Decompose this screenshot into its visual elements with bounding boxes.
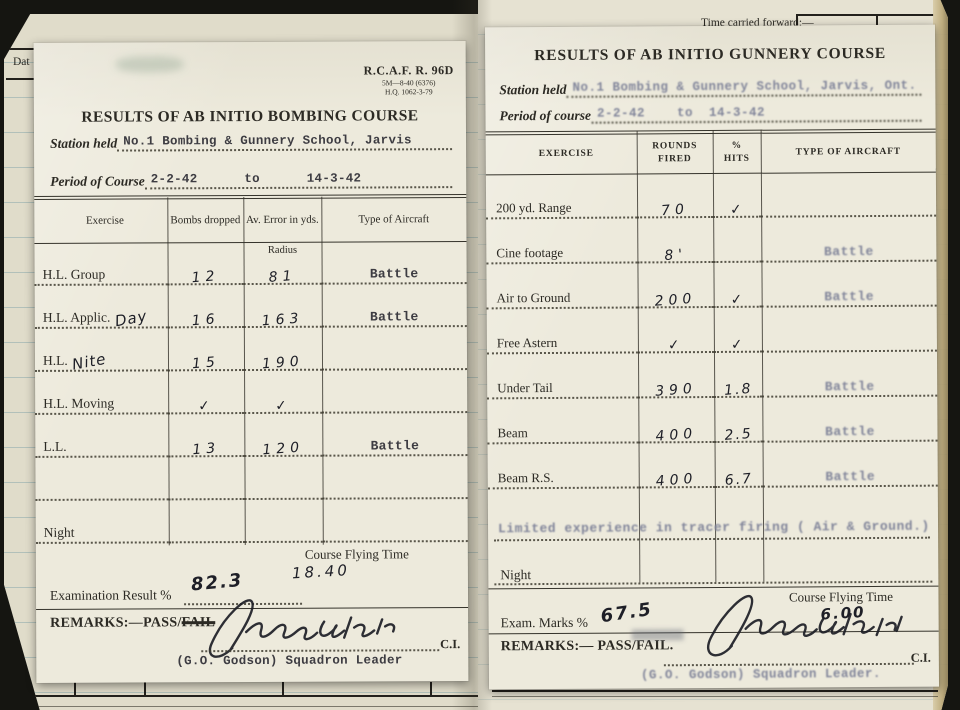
av-error-value: 81 (268, 268, 297, 286)
signatory-name: (G.O. Godson) Squadron Leader (176, 653, 402, 668)
aircraft-type-value: Battle (824, 244, 874, 259)
exercise-label: 200 yd. Range (496, 200, 572, 216)
night-label: Night (500, 567, 531, 583)
exercise-label: H.L. Applic. (43, 310, 111, 326)
bombing-table-row: L.L. 13 120 Battle (35, 413, 467, 458)
rounds-fired-value: 70 (661, 201, 690, 219)
pct-hits-value: ✓ (730, 291, 745, 308)
gunnery-table-row: Beam R.S. 400 6.7 Battle (488, 442, 938, 490)
remarks-label: REMARKS:— PASS/ (501, 638, 636, 654)
cell-aircraft: Battle (321, 241, 466, 285)
period-label: Period of Course (50, 173, 145, 189)
cell-pct-hits: ✓ (714, 308, 762, 353)
form-reference-block: R.C.A.F. R. 96D 5M—8-40 (6376) H.Q. 1062… (364, 63, 454, 96)
logbook-photo: { "palette":{ "background":"#151511", "p… (0, 0, 960, 710)
header-av-error: Av. Error in yds. (243, 200, 321, 240)
page-bottom-thin-rule (492, 696, 938, 697)
cell-bombs-dropped: 12 (167, 242, 243, 285)
table-header-row: EXERCISE ROUNDS FIRED % HITS TYPE OF AIR… (486, 132, 936, 175)
gunnery-table-row: Beam 400 2.5 Battle (487, 397, 937, 445)
cell-rounds-fired: 70 (637, 173, 713, 218)
cell-av-error (245, 500, 323, 543)
cell-aircraft (322, 327, 467, 371)
cell-pct-hits: ✓ (713, 263, 761, 308)
pct-hits-value: 6.7 (724, 471, 753, 489)
header-pct-hits: % HITS (713, 133, 761, 173)
exercise-label: Cine footage (496, 245, 563, 261)
bombing-course-form: R.C.A.F. R. 96D 5M—8-40 (6376) H.Q. 1062… (34, 41, 469, 683)
gunnery-table-body: 200 yd. Range 70 ✓ Cine footage 8' Battl… (486, 172, 938, 490)
grid-tick (144, 682, 146, 695)
station-row: Station held No.1 Bombing & Gunnery Scho… (50, 133, 452, 152)
cell-aircraft (322, 456, 467, 500)
bombs-dropped-value: 16 (191, 311, 220, 329)
cell-exercise: Free Astern (487, 308, 638, 354)
cell-exercise: Night (36, 500, 169, 544)
station-label: Station held (50, 136, 117, 152)
hq-reference: H.Q. 1062-3-79 (364, 87, 454, 96)
period-label: Period of course (499, 108, 591, 125)
exercise-label: Under Tail (497, 380, 553, 396)
cell-exercise: Air to Ground (486, 263, 637, 309)
cell-aircraft (762, 307, 937, 353)
table-header-row: Exercise Bombs dropped Av. Error in yds.… (34, 199, 466, 241)
handwritten-note: Nite (70, 350, 107, 374)
header-type-of-aircraft: Type of Aircraft (321, 199, 466, 240)
exam-marks-value: 67.5 (599, 599, 654, 627)
ink-showthrough (116, 56, 184, 72)
header-exercise: EXERCISE (486, 133, 637, 174)
print-run: 5M—8-40 (6376) (364, 78, 454, 87)
cell-exercise: Beam (487, 398, 638, 444)
exercise-label: H.L. Group (43, 267, 106, 283)
cell-aircraft: Battle (762, 397, 937, 443)
rounds-fired-value: 200 (654, 291, 697, 310)
exercise-label: Beam (497, 425, 527, 441)
exam-result-label: Examination Result % (50, 587, 172, 604)
form-number: R.C.A.F. R. 96D (364, 63, 454, 78)
gunnery-table-row: Air to Ground 200 ✓ Battle (486, 262, 936, 310)
cell-aircraft (761, 172, 936, 218)
course-flying-time-label: Course Flying Time (246, 546, 468, 563)
cell-exercise: Beam R.S. (488, 443, 639, 489)
ci-label: C.I. (911, 651, 931, 666)
cell-rounds-fired: ✓ (638, 308, 714, 353)
signatory-name: (G.O. Godson) Squadron Leader. (641, 667, 881, 682)
av-error-value: ✓ (274, 397, 292, 414)
note-dotted-line (494, 537, 930, 542)
rounds-fired-value: 400 (655, 471, 698, 490)
bombs-dropped-value: 15 (192, 354, 221, 372)
cell-pct-hits: 1.8 (714, 353, 762, 398)
aircraft-type-value: Battle (371, 438, 420, 453)
header-rounds-fired: ROUNDS FIRED (637, 133, 713, 173)
aircraft-type-value: Battle (825, 424, 875, 439)
date-column-header: Dat (13, 56, 30, 68)
cell-exercise: L.L. (35, 414, 168, 458)
bombing-table-row: H.L. Group 12 81 Battle (34, 241, 466, 286)
gunnery-course-form: RESULTS OF AB INITIO GUNNERY COURSE Stat… (485, 25, 939, 690)
cell-rounds-fired: 200 (637, 263, 713, 308)
grid-tick (282, 682, 284, 695)
cell-av-error: 163 (244, 285, 322, 328)
cell-aircraft (323, 499, 468, 543)
cell-aircraft (322, 370, 467, 414)
period-row: Period of Course 2-2-42 to 14-3-42 (50, 171, 452, 190)
rounds-fired-value: 390 (655, 381, 698, 400)
aircraft-type-value: Battle (824, 289, 874, 304)
grid-tick (74, 682, 76, 695)
cell-aircraft: Battle (762, 352, 937, 398)
bombs-dropped-value: ✓ (197, 398, 215, 415)
cell-exercise: Under Tail (487, 353, 638, 399)
cell-av-error: ✓ (244, 371, 322, 414)
exercise-label: Beam R.S. (498, 470, 554, 486)
form-title: RESULTS OF AB INITIO GUNNERY COURSE (485, 45, 935, 66)
period-value: 2-2-42 to 14-3-42 (591, 105, 922, 124)
cell-av-error: 81 (243, 242, 321, 285)
cell-bombs-dropped: 15 (168, 328, 244, 371)
header-exercise: Exercise (34, 200, 167, 241)
bombing-table-row: H.L. Nite 15 190 (35, 327, 467, 372)
tracer-note: Limited experience in tracer firing ( Ai… (498, 519, 930, 537)
header-type-of-aircraft: TYPE OF AIRCRAFT (761, 132, 936, 173)
cell-av-error: 190 (244, 328, 322, 371)
bombs-dropped-value: 12 (191, 268, 220, 286)
cell-exercise: H.L. Moving (35, 371, 168, 415)
aircraft-type-value: Battle (825, 379, 875, 394)
cell-exercise: 200 yd. Range (486, 173, 637, 219)
exercise-label: H.L. Moving (43, 396, 114, 412)
station-row: Station held No.1 Bombing & Gunnery Scho… (499, 79, 921, 99)
cell-rounds-fired: 390 (638, 353, 714, 398)
exercise-label: Air to Ground (497, 290, 571, 306)
exercise-label: H.L. (43, 353, 68, 369)
cell-aircraft: Battle (763, 442, 938, 488)
page-bottom-rule (30, 695, 480, 697)
cell-exercise: H.L. Group (34, 242, 167, 286)
cell-pct-hits: 6.7 (715, 443, 763, 488)
remarks-fail: FAIL. (636, 638, 674, 653)
pct-hits-value: ✓ (730, 336, 745, 353)
station-value: No.1 Bombing & Gunnery School, Jarvis, O… (566, 79, 921, 98)
gunnery-table-row: Free Astern ✓ ✓ (487, 307, 937, 355)
aircraft-type-value: Battle (370, 266, 419, 281)
exercise-label: Free Astern (497, 335, 557, 351)
exercise-label: Night (44, 525, 75, 541)
rounds-fired-value: 8' (663, 246, 687, 264)
cell-aircraft: Battle (761, 262, 936, 308)
time-box-rule (796, 14, 934, 16)
cell-av-error (244, 457, 322, 500)
cell-pct-hits: 2.5 (714, 398, 762, 443)
header-bombs-dropped: Bombs dropped (167, 200, 243, 240)
cell-rounds-fired: 400 (638, 398, 714, 443)
aircraft-type-value: Battle (825, 469, 875, 484)
cell-bombs-dropped (168, 457, 244, 500)
station-label: Station held (499, 82, 566, 98)
cell-bombs-dropped: 13 (168, 414, 244, 457)
pct-hits-value: 2.5 (724, 426, 753, 444)
pct-hits-value: ✓ (730, 201, 745, 218)
cell-rounds-fired: 400 (639, 443, 715, 488)
gunnery-table-row: 200 yd. Range 70 ✓ (486, 172, 936, 220)
period-value: 2-2-42 to 14-3-42 (145, 171, 453, 189)
rounds-fired-value: ✓ (667, 337, 685, 354)
bombing-table-body: H.L. Group 12 81 Battle H.L. Applic. Day… (34, 241, 467, 544)
cell-pct-hits: ✓ (713, 173, 761, 218)
cell-pct-hits (713, 218, 761, 263)
av-error-value: 120 (262, 439, 305, 458)
page-bottom-thin-rule (34, 706, 480, 707)
page-bottom-rule (492, 690, 938, 692)
grid-tick (430, 682, 432, 695)
rounds-fired-value: 400 (655, 426, 698, 445)
signature-dotted-line (664, 663, 914, 667)
form-title: RESULTS OF AB INITIO BOMBING COURSE (34, 107, 466, 127)
cell-rounds-fired: 8' (637, 218, 713, 263)
period-row: Period of course 2-2-42 to 14-3-42 (499, 105, 921, 125)
handwritten-note: Day (113, 307, 148, 331)
cell-exercise: Cine footage (486, 218, 637, 264)
remarks-row: REMARKS:— PASS/FAIL. (501, 638, 674, 655)
remarks-label: REMARKS:—PASS/ (50, 615, 182, 631)
cell-bombs-dropped: 16 (168, 285, 244, 328)
cell-bombs-dropped (169, 500, 245, 543)
ci-label: C.I. (440, 637, 460, 652)
pct-hits-value: 1.8 (723, 381, 752, 399)
cell-exercise: H.L. Applic. Day (35, 285, 168, 329)
bombing-table-row: H.L. Applic. Day 16 163 Battle (35, 284, 467, 329)
course-flying-time-value: 18.40 (291, 561, 350, 582)
cell-exercise: H.L. Nite (35, 328, 168, 372)
bombing-table-row: H.L. Moving ✓ ✓ (35, 370, 467, 415)
av-error-value: 190 (262, 353, 305, 372)
bombs-dropped-value: 13 (192, 440, 221, 458)
cell-aircraft: Battle (761, 217, 936, 263)
signature-godson (683, 583, 918, 664)
cell-aircraft: Battle (322, 284, 467, 328)
exercise-label: L.L. (43, 439, 66, 455)
cell-aircraft: Battle (322, 413, 467, 457)
exam-marks-label: Exam. Marks % (501, 615, 588, 632)
av-error-value: 163 (261, 310, 304, 329)
station-value: No.1 Bombing & Gunnery School, Jarvis (117, 133, 452, 151)
gunnery-table-row: Under Tail 390 1.8 Battle (487, 352, 937, 400)
cell-bombs-dropped: ✓ (168, 371, 244, 414)
bombing-table-row (35, 456, 467, 501)
aircraft-type-value: Battle (370, 309, 419, 324)
bombing-table-row: Night (36, 499, 468, 544)
cell-av-error: 120 (244, 414, 322, 457)
gunnery-table-row: Cine footage 8' Battle (486, 217, 936, 265)
cell-exercise (35, 457, 168, 501)
